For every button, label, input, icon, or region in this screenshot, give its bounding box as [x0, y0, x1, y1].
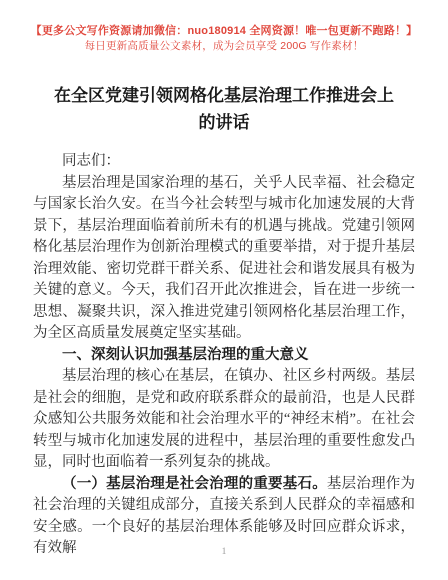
salutation: 同志们： — [33, 151, 415, 173]
page-number: 1 — [0, 547, 448, 557]
document-page: 【更多公文写作资源请加微信：nuo180914 全网资源！唯一包更新不跑路！】 … — [0, 0, 448, 580]
paragraph-intro: 基层治理是国家治理的基石，关乎人民幸福、社会稳定与国家长治久安。在当今社会转型与… — [33, 173, 415, 345]
promo-header: 【更多公文写作资源请加微信：nuo180914 全网资源！唯一包更新不跑路！】 … — [0, 0, 448, 53]
paragraph-subpoint-lead: （一）基层治理是社会治理的重要基石。 — [62, 476, 327, 492]
paragraph-section-body: 基层治理的核心在基层，在镇办、社区乡村两级。基层是社会的细胞，是党和政府联系群众… — [33, 366, 415, 474]
document-title: 在全区党建引领网格化基层治理工作推进会上的讲话 — [0, 82, 448, 136]
promo-line-1: 【更多公文写作资源请加微信：nuo180914 全网资源！唯一包更新不跑路！】 — [0, 24, 448, 38]
promo-line-2: 每日更新高质量公文素材，成为会员享受 200G 写作素材！ — [0, 40, 448, 53]
section-heading-1: 一、深刻认识加强基层治理的重大意义 — [33, 345, 415, 367]
document-body: 同志们： 基层治理是国家治理的基石，关乎人民幸福、社会稳定与国家长治久安。在当今… — [33, 151, 415, 560]
